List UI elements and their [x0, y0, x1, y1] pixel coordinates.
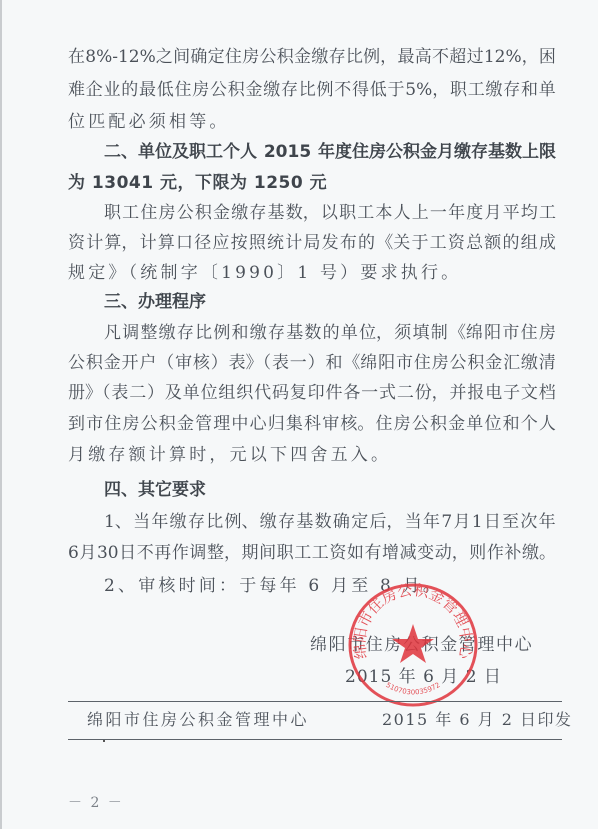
body-line: 位匹配必须相等。 [68, 111, 556, 133]
text-token: 8%-12%之 [85, 46, 173, 68]
text-token: 算 [158, 232, 175, 254]
signature-organization: 绵阳市住房公积金管理中心 [310, 634, 533, 656]
text-token: 例、 [225, 511, 259, 533]
text-token: 数 [315, 511, 332, 533]
text-token: 30 [97, 542, 119, 564]
text-token: 金 [213, 202, 230, 224]
text-token: 的 [358, 232, 375, 254]
text-token: 存 [188, 511, 205, 533]
text-token: 《关 [376, 232, 410, 254]
text-token: 公 [450, 352, 467, 374]
text-token: 调 [189, 542, 206, 564]
text-token: 过 [467, 46, 484, 68]
text-token: 房 [539, 322, 556, 344]
text-token: 工 [468, 79, 485, 101]
text-token: 超 [449, 46, 466, 68]
text-token: 上 [412, 202, 429, 224]
text-token: 缴 [311, 46, 328, 68]
text-token: 不 [137, 542, 154, 564]
text-token: 积 [430, 413, 447, 435]
text-token: 组 [218, 382, 235, 404]
text-token: 住 [140, 202, 157, 224]
text-token: 工 [430, 232, 447, 254]
text-token: 存 [249, 202, 266, 224]
text-token: 业 [104, 79, 121, 101]
text-token: 期 [242, 542, 259, 564]
text-token: 册》（ [68, 382, 111, 404]
text-token: 职 [277, 542, 294, 564]
text-token: 企 [86, 79, 103, 101]
text-token: 房 [242, 46, 259, 68]
text-token: 比 [195, 322, 212, 344]
text-token: 归 [268, 413, 285, 435]
text-token: 均 [521, 202, 538, 224]
section-heading-2-cont: 为 13041 元，下限为 1250 元 [68, 172, 327, 194]
text-token: 二、单位及职工个人 [104, 141, 257, 163]
text-token: 理 [213, 413, 230, 435]
footer-issuer: 绵阳市住房公积金管理中心 [87, 709, 309, 731]
body-line: 月缴存额计算时，元以下四舍五入。 [68, 444, 556, 466]
text-token: （ [157, 352, 174, 374]
text-token: 户 [139, 352, 156, 374]
text-token: 6 [68, 542, 79, 564]
text-token: 一 [430, 202, 447, 224]
text-token: 缴 [159, 322, 176, 344]
text-token: 2015 [264, 141, 311, 163]
text-token: 科 [304, 413, 321, 435]
text-token: 工 [294, 542, 311, 564]
section-heading-4: 四、其它要求 [104, 479, 206, 501]
text-token: 后， [369, 511, 403, 533]
text-token: 的 [121, 79, 138, 101]
text-token: 月 [453, 511, 470, 533]
text-token: 核。 [340, 413, 374, 435]
text-token: 单 [183, 382, 200, 404]
text-token: ） [211, 352, 228, 374]
text-token: 公 [210, 79, 227, 101]
text-token: 局 [303, 232, 320, 254]
text-token: 住 [414, 352, 431, 374]
text-token: 基 [268, 202, 285, 224]
text-token: 住 [376, 413, 393, 435]
text-token: 成 [539, 232, 556, 254]
text-token: 在 [68, 46, 85, 68]
text-token: 缴 [250, 322, 267, 344]
text-token: 总 [466, 232, 483, 254]
text-token: 印 [308, 382, 325, 404]
footer-bottom-rule [68, 739, 562, 740]
text-token: 并 [450, 382, 467, 404]
text-token: 动， [435, 542, 469, 564]
text-token: 市 [86, 413, 103, 435]
page-number: － 2 － [68, 792, 124, 812]
text-token: 再 [154, 542, 171, 564]
text-token: 填 [413, 322, 430, 344]
text-token: 不 [334, 79, 351, 101]
text-token: 房 [432, 352, 449, 374]
text-token: 定 [351, 511, 368, 533]
text-token: 单 [539, 79, 556, 101]
text-token: 金 [485, 352, 502, 374]
text-token: 件 [325, 382, 342, 404]
text-token: 照 [249, 232, 266, 254]
text-token: 次 [520, 511, 537, 533]
body-line: 职工住房公积金缴存基数，以职工本人上一年度月平均工 [104, 202, 556, 224]
text-token: 最 [139, 79, 156, 101]
text-token: 高 [415, 46, 432, 68]
text-token: 调 [122, 322, 139, 344]
text-token: 则 [469, 542, 486, 564]
text-token: 不 [432, 46, 449, 68]
text-token: 和 [503, 413, 520, 435]
text-token: 布 [340, 232, 357, 254]
text-token: 住 [175, 79, 192, 101]
text-token: 房 [192, 79, 209, 101]
text-token: 当 [133, 511, 150, 533]
text-token: 存 [177, 322, 194, 344]
text-token: ） [147, 382, 164, 404]
text-token: 公 [68, 352, 85, 374]
text-token: 比 [299, 79, 316, 101]
text-token: 和 [521, 79, 538, 101]
text-token: 市 [502, 322, 519, 344]
text-token: 公 [141, 413, 158, 435]
text-token: 职 [339, 202, 356, 224]
text-token: 凡 [104, 322, 121, 344]
text-token: 确 [190, 46, 207, 68]
text-token: 作 [172, 542, 189, 564]
text-token: 于 [411, 232, 428, 254]
text-token: 管 [195, 413, 212, 435]
text-token: 汇 [503, 352, 520, 374]
text-token: 《绵 [343, 352, 377, 374]
body-line: 册》（表二）及单位组织代码复印件各一式二份，并报电子文档 [68, 382, 556, 404]
text-token: 5%， [405, 79, 449, 101]
text-token: 减 [400, 542, 417, 564]
footer-issue-date: 2015 年 6 月 2 日印发 [382, 709, 573, 731]
text-token: 住 [225, 46, 242, 68]
text-token: 金 [177, 413, 194, 435]
text-token: 阳 [378, 352, 395, 374]
text-token: 如 [347, 542, 364, 564]
text-token: 房 [159, 202, 176, 224]
text-token: 缴 [260, 511, 277, 533]
text-token: 确 [333, 511, 350, 533]
text-token: 积 [277, 46, 294, 68]
text-token: 职 [104, 202, 121, 224]
text-token: 复 [290, 382, 307, 404]
text-token: 缴 [170, 511, 187, 533]
text-token: 和 [232, 322, 249, 344]
text-token: 子 [503, 382, 520, 404]
text-token: 计 [140, 232, 157, 254]
text-token: 个 [521, 413, 538, 435]
text-token: 难 [68, 79, 85, 101]
text-token: 1 [472, 511, 483, 533]
text-token: 比 [206, 511, 223, 533]
text-token: 例 [213, 322, 230, 344]
text-token: 基 [296, 511, 313, 533]
footer-top-rule [68, 701, 562, 702]
text-token: 年 [539, 511, 556, 533]
text-token: 缴 [485, 79, 502, 101]
text-token: 表》（ [229, 352, 272, 374]
text-token: 1、 [104, 511, 132, 533]
text-token: 低 [370, 79, 387, 101]
text-token: 计 [285, 232, 302, 254]
text-token: 算， [104, 232, 138, 254]
text-token: 积 [228, 79, 245, 101]
text-token: 及 [165, 382, 182, 404]
text-token: 金 [294, 46, 311, 68]
text-token: 年 [448, 202, 465, 224]
text-token: 的 [323, 322, 340, 344]
text-token: 数， [286, 202, 320, 224]
text-token: 困 [539, 46, 556, 68]
body-line: 难企业的最低住房公积金缴存比例不得低于5%，职工缴存和单 [68, 79, 556, 101]
text-token: 和 [325, 352, 342, 374]
text-token: 于 [388, 79, 405, 101]
text-token: 存 [281, 79, 298, 101]
text-token: 平 [503, 202, 520, 224]
text-token: 整， [207, 542, 241, 564]
text-token: 例， [363, 46, 397, 68]
text-token: 7 [441, 511, 452, 533]
text-token: 核 [193, 352, 210, 374]
text-token: 心 [250, 413, 267, 435]
section-heading-2: 二、单位及职工个人2015年度住房公积金月缴存基数上限 [104, 141, 556, 163]
text-token: 缴 [521, 352, 538, 374]
body-line: 资计算，计算口径应按照统计局发布的《关于工资总额的组成 [68, 232, 556, 254]
body-line: 在8%-12%之间确定住房公积金缴存比例，最高不超过12%，困 [68, 46, 556, 68]
text-token: 审 [322, 413, 339, 435]
body-line: 6月30日不再作调整，期间职工工资如有增减变动，则作补缴。 [68, 542, 556, 564]
text-token: 整 [140, 322, 157, 344]
text-token: 的 [502, 232, 519, 254]
text-token: 存 [503, 79, 520, 101]
text-token: 房 [122, 413, 139, 435]
text-token: 开 [122, 352, 139, 374]
text-token: 统 [267, 232, 284, 254]
text-token: 资 [329, 542, 346, 564]
text-token: 年 [151, 511, 168, 533]
text-token: 份， [415, 382, 449, 404]
text-token: 报 [467, 382, 484, 404]
text-token: 工 [312, 542, 329, 564]
text-token: 人 [394, 202, 411, 224]
text-token: 本 [375, 202, 392, 224]
text-token: 表 [111, 382, 128, 404]
text-token: 工 [539, 202, 556, 224]
text-token: 电 [485, 382, 502, 404]
text-token: 应 [212, 232, 229, 254]
text-token: 最 [397, 46, 414, 68]
text-token: 按 [231, 232, 248, 254]
body-line: 到市住房公积金管理中心归集科审核。住房公积金单位和个人 [68, 413, 556, 435]
text-token: 增 [382, 542, 399, 564]
text-token: 代 [254, 382, 271, 404]
text-token: 额 [484, 232, 501, 254]
text-token: 中 [231, 413, 248, 435]
body-line: 2、审核时间：于每年 6 月至 8 月。 [104, 575, 556, 597]
text-token: 清 [539, 352, 556, 374]
text-token: 积 [467, 352, 484, 374]
text-token: 位 [201, 382, 218, 404]
text-token: 口 [176, 232, 193, 254]
text-token: 织 [236, 382, 253, 404]
text-token: 缴 [231, 202, 248, 224]
text-token: 工 [357, 202, 374, 224]
text-token: 有 [364, 542, 381, 564]
text-token: 单 [466, 413, 483, 435]
text-token: 低 [157, 79, 174, 101]
text-token: 月 [79, 542, 96, 564]
signature-date: 2015 年 6 月 2 日 [345, 666, 502, 688]
text-token: 计 [86, 232, 103, 254]
text-token: 缴 [263, 79, 280, 101]
text-token: 金 [448, 413, 465, 435]
text-token: 阳 [484, 322, 501, 344]
text-token: 码 [272, 382, 289, 404]
text-token: 以 [321, 202, 338, 224]
text-token: ） [308, 352, 325, 374]
text-token: 二 [397, 382, 414, 404]
body-line: 1、当年缴存比例、缴存基数确定后，当年7月1日至次年 [104, 511, 556, 533]
text-token: 比 [346, 46, 363, 68]
page-left-edge [0, 0, 2, 829]
text-token: 补 [504, 542, 521, 564]
text-token: 档 [539, 382, 556, 404]
text-token: 资 [448, 232, 465, 254]
text-token: 审 [175, 352, 192, 374]
text-token: 集 [286, 413, 303, 435]
text-token: 单 [341, 322, 358, 344]
text-token: 积 [86, 352, 103, 374]
text-token: 表 [272, 352, 289, 374]
text-token: 作 [487, 542, 504, 564]
text-token: 12%， [484, 46, 539, 68]
text-token: 数 [304, 322, 321, 344]
text-token: 住 [104, 413, 121, 435]
text-token: 当 [405, 511, 422, 533]
body-line: 公积金开户（审核）表》（表一）和《绵阳市住房公积金汇缴清 [68, 352, 556, 374]
text-token: 位， [359, 322, 393, 344]
text-token: 年度住房公积金月缴存基数上限 [318, 141, 556, 163]
text-token: 制 [431, 322, 448, 344]
text-token: 得 [352, 79, 369, 101]
text-token: 各 [343, 382, 360, 404]
text-token: 金 [104, 352, 121, 374]
text-token: 人 [539, 413, 556, 435]
text-token: 房 [394, 413, 411, 435]
text-token: 存 [329, 46, 346, 68]
text-token: 一 [290, 352, 307, 374]
text-token: 《绵 [449, 322, 483, 344]
text-token: 一 [361, 382, 378, 404]
text-token: 度 [466, 202, 483, 224]
text-token: 月 [484, 202, 501, 224]
text-token: 文 [521, 382, 538, 404]
text-token: 年 [423, 511, 440, 533]
body-line: 凡调整缴存比例和缴存基数的单位，须填制《绵阳市住房 [104, 322, 556, 344]
text-token: 职 [450, 79, 467, 101]
text-token: 日 [119, 542, 136, 564]
text-token: 到 [68, 413, 85, 435]
text-token: 二 [129, 382, 146, 404]
text-token: 积 [159, 413, 176, 435]
text-token: 变 [417, 542, 434, 564]
text-token: 定 [208, 46, 225, 68]
text-token: 缴。 [522, 542, 556, 564]
section-heading-3: 三、办理程序 [104, 291, 206, 313]
text-token: 式 [379, 382, 396, 404]
text-token: 例 [317, 79, 334, 101]
text-token: 存 [268, 322, 285, 344]
text-token: 基 [286, 322, 303, 344]
text-token: 位 [484, 413, 501, 435]
text-token: 公 [177, 202, 194, 224]
text-token: 存 [278, 511, 295, 533]
text-token: 至 [502, 511, 519, 533]
text-token: 组 [521, 232, 538, 254]
text-token: 公 [412, 413, 429, 435]
text-token: 住 [521, 322, 538, 344]
text-token: 市 [396, 352, 413, 374]
text-token: 发 [322, 232, 339, 254]
body-line: 规定》（统制字〔1990〕1 号）要求执行。 [68, 262, 556, 284]
text-token: 日 [484, 511, 501, 533]
text-token: 工 [122, 202, 139, 224]
text-token: 径 [194, 232, 211, 254]
text-token: 间 [173, 46, 190, 68]
text-token: 公 [259, 46, 276, 68]
scan-speck [103, 740, 105, 742]
text-token: 资 [68, 232, 85, 254]
text-token: 金 [246, 79, 263, 101]
text-token: 间 [259, 542, 276, 564]
text-token: 积 [195, 202, 212, 224]
text-token: 须 [394, 322, 411, 344]
